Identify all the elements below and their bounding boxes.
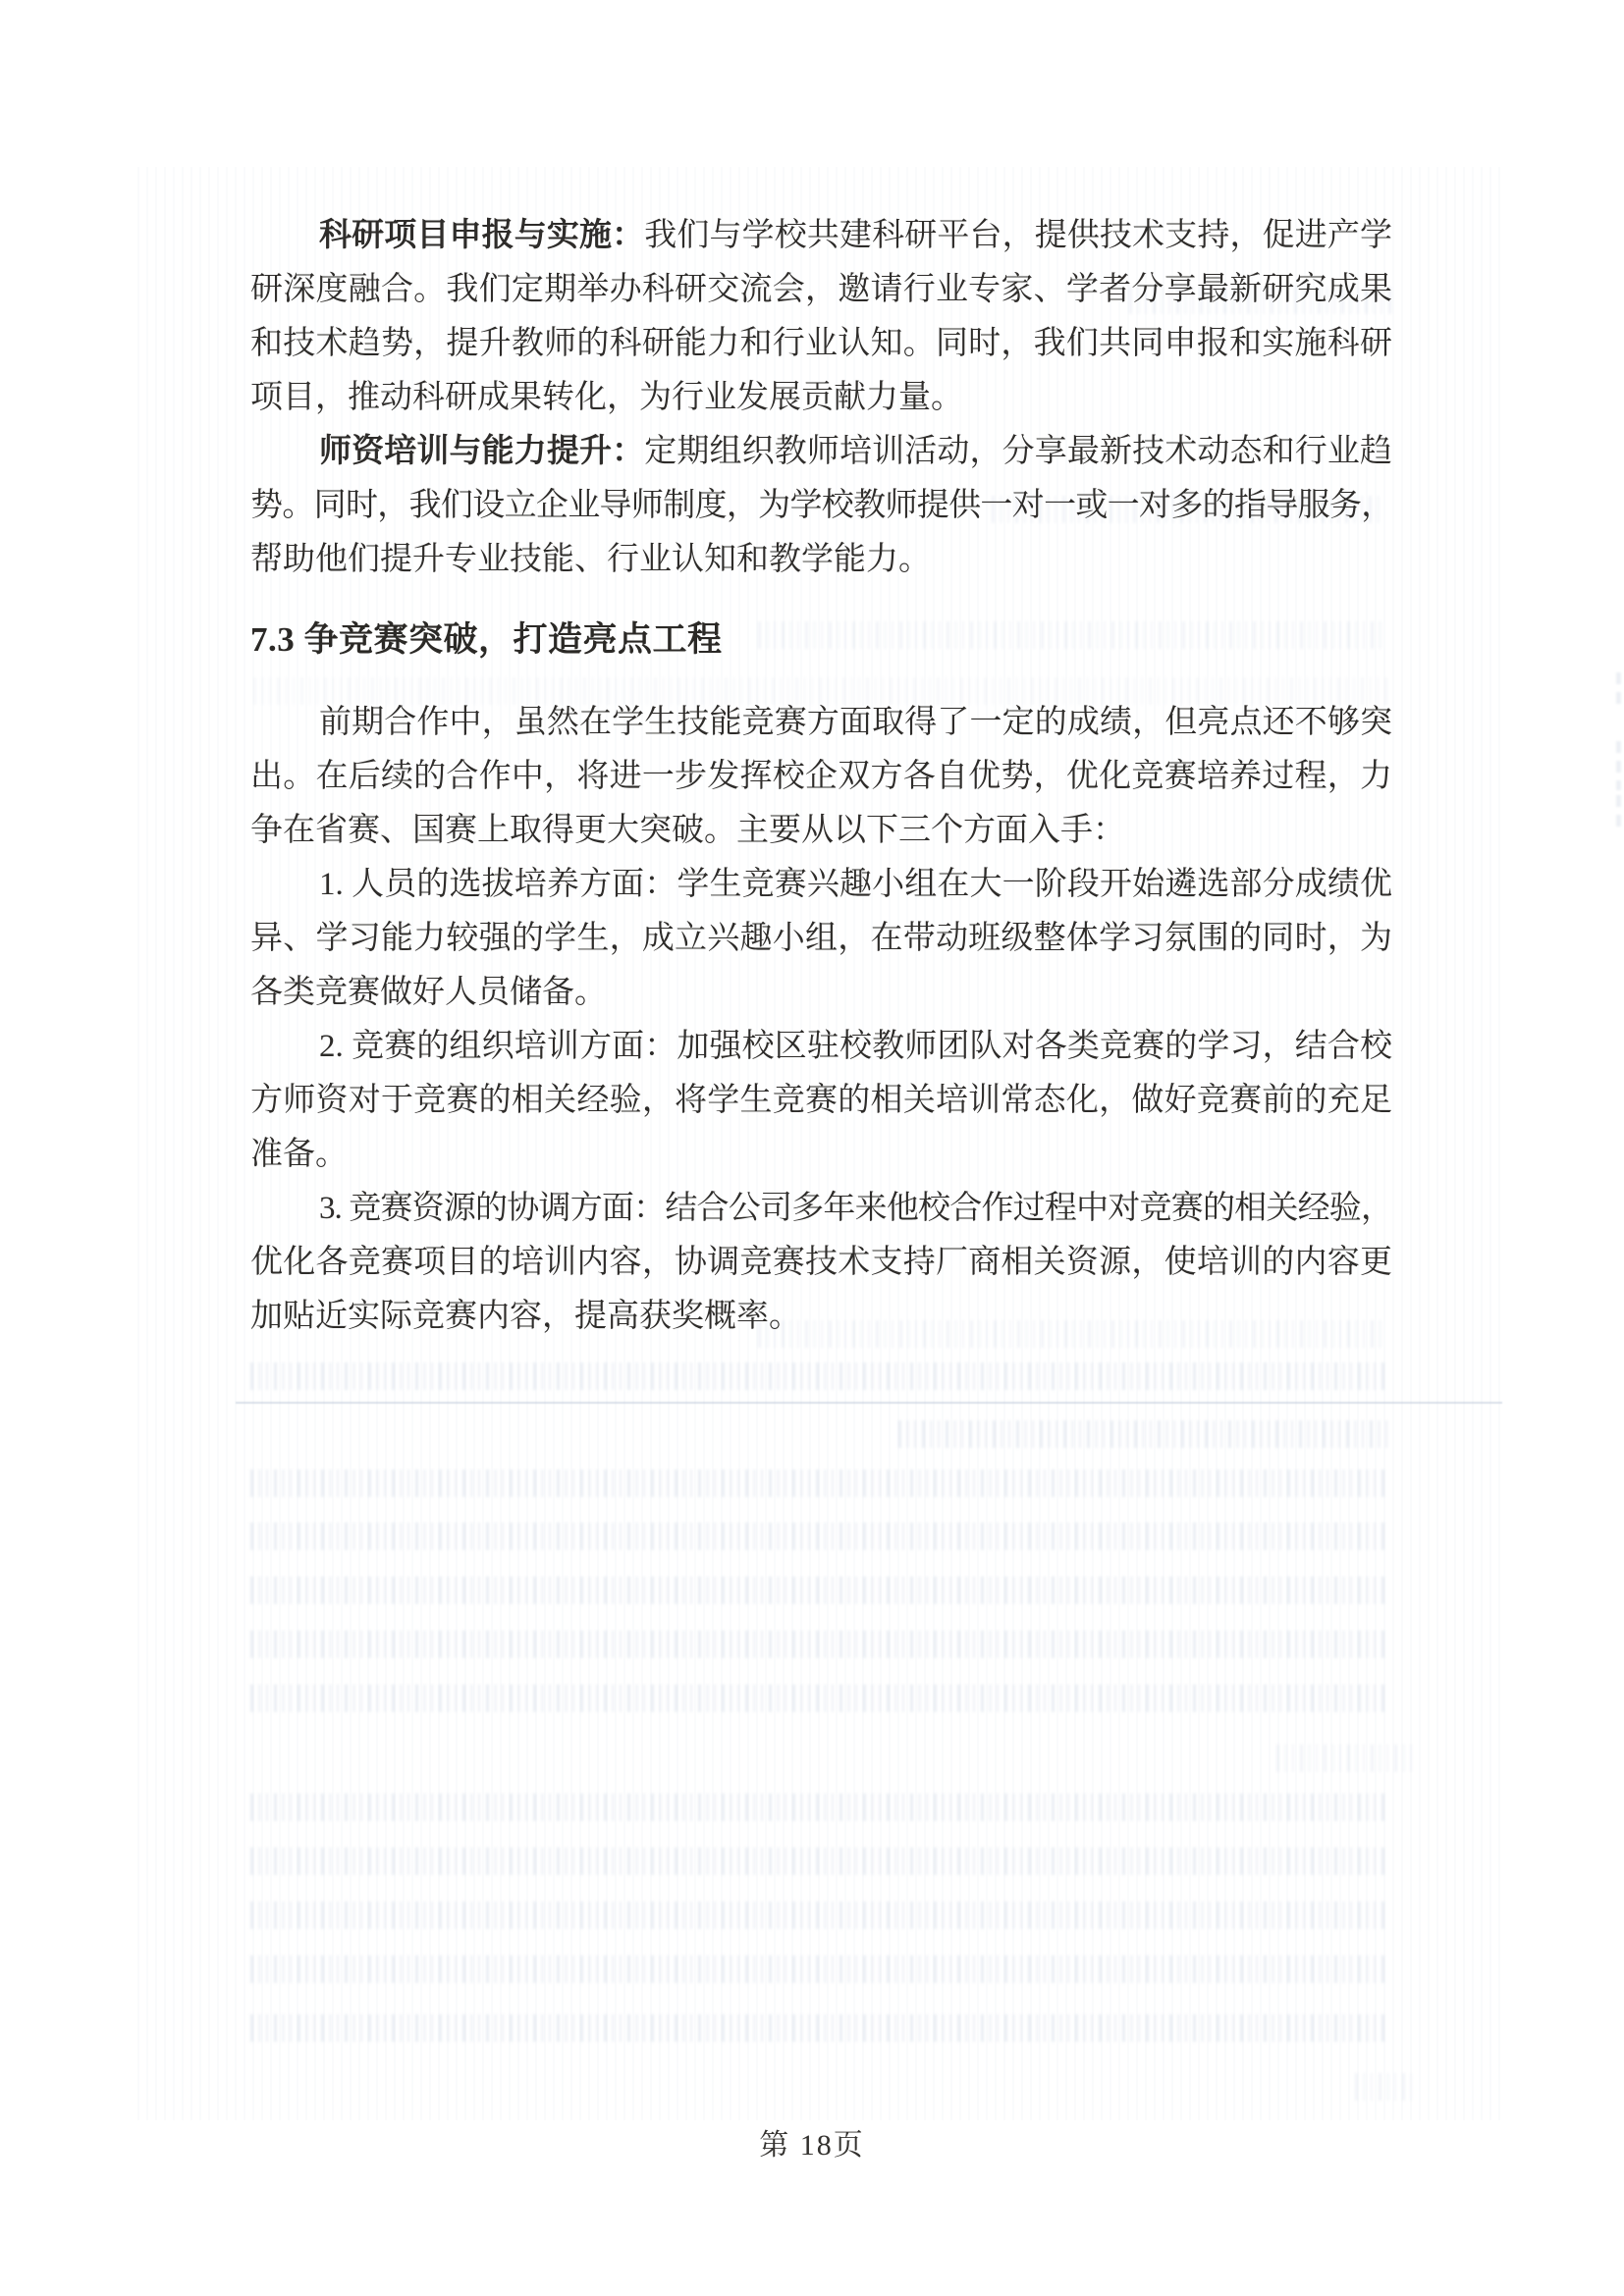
bleed-through-line bbox=[898, 1420, 1387, 1448]
bleed-through-line bbox=[1355, 2073, 1412, 2101]
bleed-through-line bbox=[250, 1630, 1387, 1658]
text-line: 项目，推动科研成果转化，为行业发展贡献力量。 bbox=[250, 371, 1392, 425]
text-line: 科研项目申报与实施：我们与学校共建科研平台，提供技术支持，促进产学 bbox=[250, 209, 1392, 263]
text-column: 科研项目申报与实施：我们与学校共建科研平台，提供技术支持，促进产学 研深度融合。… bbox=[250, 209, 1392, 1344]
paragraph-lead: 科研项目申报与实施： bbox=[319, 218, 644, 253]
text-line: 争在省赛、国赛上取得更大突破。主要从以下三个方面入手： bbox=[250, 804, 1392, 858]
text-line: 1. 人员的选拔培养方面：学生竞赛兴趣小组在大一阶段开始遴选部分成绩优 bbox=[250, 858, 1392, 912]
text-line: 出。在后续的合作中，将进一步发挥校企双方各自优势，优化竞赛培养过程，力 bbox=[250, 750, 1392, 804]
bleed-through-line bbox=[250, 1362, 1387, 1390]
bleed-through-mark bbox=[1616, 741, 1621, 790]
bleed-through-line bbox=[250, 1901, 1387, 1929]
text-line: 3. 竞赛资源的协调方面：结合公司多年来他校合作过程中对竞赛的相关经验， bbox=[250, 1182, 1392, 1236]
bleed-through-line bbox=[250, 1684, 1387, 1712]
paragraph-text: 定期组织教师培训活动，分享最新技术动态和行业趋 bbox=[644, 434, 1392, 469]
text-line: 各类竞赛做好人员储备。 bbox=[250, 966, 1392, 1020]
text-line: 准备。 bbox=[250, 1128, 1392, 1182]
document-page: 科研项目申报与实施：我们与学校共建科研平台，提供技术支持，促进产学 研深度融合。… bbox=[0, 0, 1624, 2296]
bleed-through-line bbox=[250, 1955, 1387, 1983]
text-line: 帮助他们提升专业技能、行业认知和教学能力。 bbox=[250, 533, 1392, 587]
text-line: 和技术趋势，提升教师的科研能力和行业认知。同时，我们共同申报和实施科研 bbox=[250, 317, 1392, 371]
bleed-through-line bbox=[250, 1847, 1387, 1875]
text-line: 前期合作中，虽然在学生技能竞赛方面取得了一定的成绩，但亮点还不够突 bbox=[250, 696, 1392, 750]
paragraph-text: 我们与学校共建科研平台，提供技术支持，促进产学 bbox=[644, 218, 1392, 253]
bleed-through-line bbox=[250, 1469, 1387, 1497]
bleed-through-line bbox=[250, 1522, 1387, 1550]
paragraph-lead: 师资培训与能力提升： bbox=[319, 434, 644, 469]
text-line: 2. 竞赛的组织培训方面：加强校区驻校教师团队对各类竞赛的学习，结合校 bbox=[250, 1020, 1392, 1074]
page-number: 第 18页 bbox=[0, 2120, 1624, 2163]
bleed-through-line bbox=[250, 2014, 1387, 2042]
text-line: 研深度融合。我们定期举办科研交流会，邀请行业专家、学者分享最新研究成果 bbox=[250, 263, 1392, 317]
text-line: 方师资对于竞赛的相关经验，将学生竞赛的相关培训常态化，做好竞赛前的充足 bbox=[250, 1074, 1392, 1128]
text-line: 加贴近实际竞赛内容，提高获奖概率。 bbox=[250, 1290, 1392, 1344]
text-line: 优化各竞赛项目的培训内容，协调竞赛技术支持厂商相关资源，使培训的内容更 bbox=[250, 1236, 1392, 1290]
bleed-through-line bbox=[250, 1793, 1387, 1821]
bleed-through-mark bbox=[1616, 672, 1621, 712]
bleed-through-line bbox=[1276, 1744, 1412, 1772]
text-line: 势。同时，我们设立企业导师制度，为学校教师提供一对一或一对多的指导服务， bbox=[250, 479, 1392, 533]
bleed-through-rule bbox=[236, 1402, 1502, 1404]
bleed-through-line bbox=[250, 1576, 1387, 1604]
text-line: 师资培训与能力提升：定期组织教师培训活动，分享最新技术动态和行业趋 bbox=[250, 425, 1392, 479]
text-line: 异、学习能力较强的学生，成立兴趣小组，在带动班级整体学习氛围的同时，为 bbox=[250, 912, 1392, 966]
bleed-through-mark bbox=[1616, 795, 1621, 834]
section-heading: 7.3 争竞赛突破，打造亮点工程 bbox=[250, 613, 1392, 667]
